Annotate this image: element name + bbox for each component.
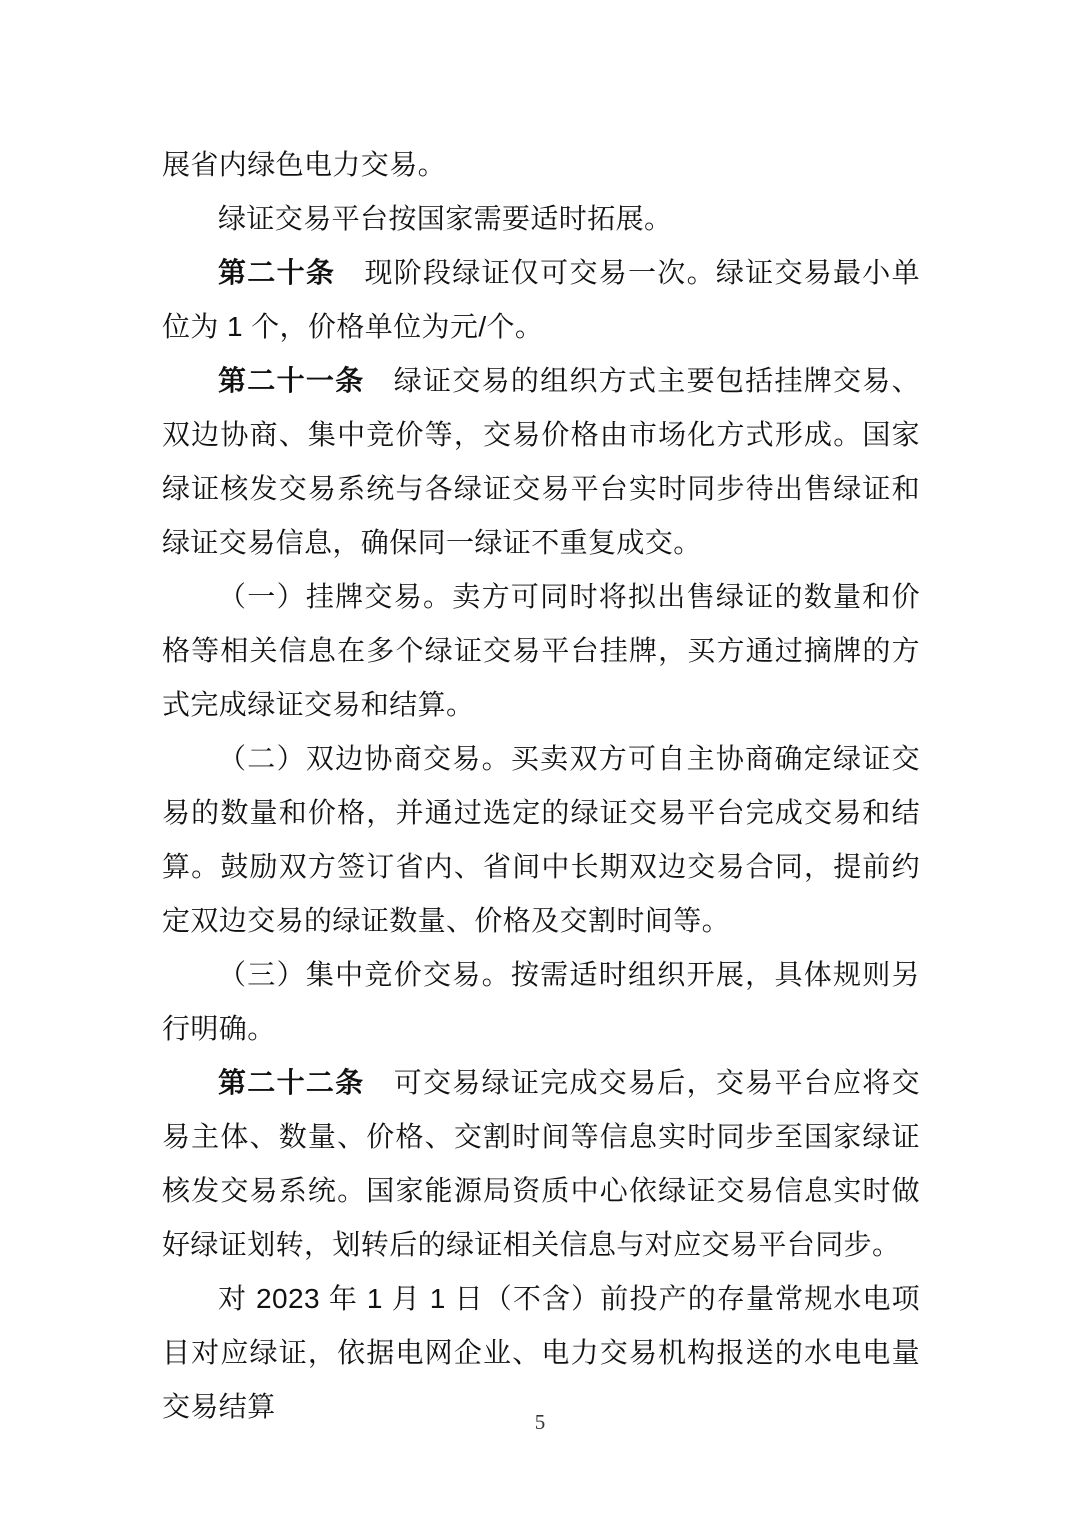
document-page: 展省内绿色电力交易。 绿证交易平台按国家需要适时拓展。 第二十条 现阶段绿证仅可… [0, 0, 1080, 1527]
paragraph-text: 展省内绿色电力交易。 [162, 149, 446, 180]
page-footer: 5 [0, 1410, 1080, 1435]
paragraph-article-21: 第二十一条 绿证交易的组织方式主要包括挂牌交易、双边协商、集中竞价等，交易价格由… [162, 354, 920, 570]
paragraph-item-3: （三）集中竞价交易。按需适时组织开展，具体规则另行明确。 [162, 948, 920, 1056]
article-number: 第二十二条 [218, 1067, 364, 1098]
paragraph-item-1: （一）挂牌交易。卖方可同时将拟出售绿证的数量和价格等相关信息在多个绿证交易平台挂… [162, 570, 920, 732]
paragraph-text: 绿证交易平台按国家需要适时拓展。 [218, 203, 672, 234]
paragraph-continuation: 展省内绿色电力交易。 [162, 138, 920, 192]
paragraph-article-20: 第二十条 现阶段绿证仅可交易一次。绿证交易最小单位为 1 个，价格单位为元/个。 [162, 246, 920, 354]
paragraph-text: （二）双边协商交易。买卖双方可自主协商确定绿证交易的数量和价格，并通过选定的绿证… [162, 743, 920, 936]
paragraph-item-2: （二）双边协商交易。买卖双方可自主协商确定绿证交易的数量和价格，并通过选定的绿证… [162, 732, 920, 948]
paragraph-text: （一）挂牌交易。卖方可同时将拟出售绿证的数量和价格等相关信息在多个绿证交易平台挂… [162, 581, 920, 720]
paragraph-text: （三）集中竞价交易。按需适时组织开展，具体规则另行明确。 [162, 959, 920, 1044]
article-number: 第二十条 [218, 257, 335, 288]
document-body: 展省内绿色电力交易。 绿证交易平台按国家需要适时拓展。 第二十条 现阶段绿证仅可… [162, 138, 920, 1434]
paragraph: 绿证交易平台按国家需要适时拓展。 [162, 192, 920, 246]
page-number: 5 [535, 1410, 546, 1434]
article-number: 第二十一条 [218, 365, 364, 396]
paragraph-text: 对 2023 年 1 月 1 日（不含）前投产的存量常规水电项目对应绿证，依据电… [162, 1283, 920, 1422]
paragraph-article-22: 第二十二条 可交易绿证完成交易后，交易平台应将交易主体、数量、价格、交割时间等信… [162, 1056, 920, 1272]
